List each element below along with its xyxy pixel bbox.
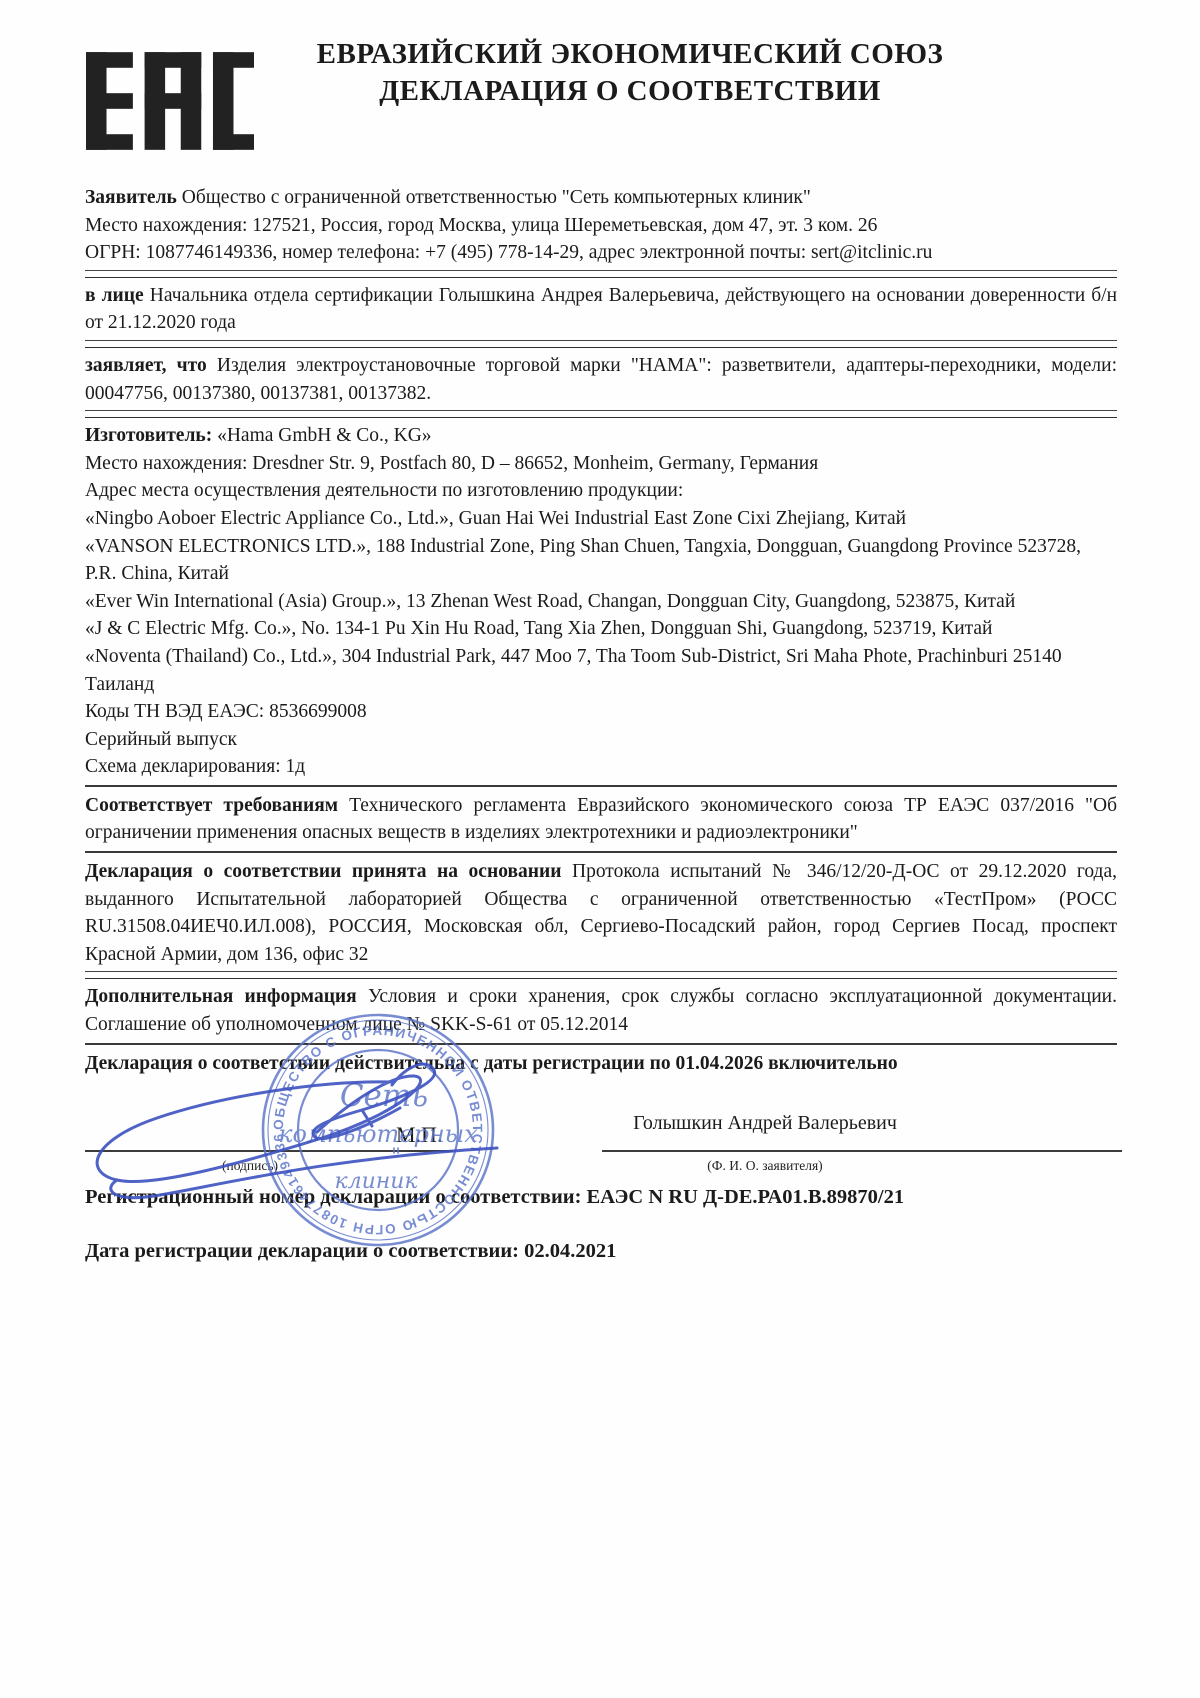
document-body: Заявитель Общество с ограниченной ответс…	[85, 184, 1117, 1077]
applicant-section: Заявитель Общество с ограниченной ответс…	[85, 184, 1117, 267]
manufacturer-address: Место нахождения: Dresdner Str. 9, Postf…	[85, 450, 1117, 478]
applicant-name: Общество с ограниченной ответственностью…	[182, 187, 811, 208]
representative-text: Начальника отдела сертификации Голышкина…	[85, 285, 1117, 334]
declaration-scheme: Схема декларирования: 1д	[85, 753, 1117, 781]
compliance-section: Соответствует требованиям Технического р…	[85, 792, 1117, 847]
section-divider	[85, 785, 1117, 787]
manufacturer-name: «Hama GmbH & Co., KG»	[217, 425, 431, 446]
tnved-codes: Коды ТН ВЭД ЕАЭС: 8536699008	[85, 698, 1117, 726]
section-divider	[85, 270, 1117, 278]
compliance-line: Соответствует требованиям Технического р…	[85, 792, 1117, 847]
section-divider	[85, 971, 1117, 979]
representative-line: в лице Начальника отдела сертификации Го…	[85, 282, 1117, 337]
applicant-label: Заявитель	[85, 187, 177, 208]
document-title: ЕВРАЗИЙСКИЙ ЭКОНОМИЧЕСКИЙ СОЮЗ ДЕКЛАРАЦИ…	[170, 36, 1090, 110]
manufacturer-section: Изготовитель: «Hama GmbH & Co., KG» Мест…	[85, 422, 1117, 781]
title-line-1: ЕВРАЗИЙСКИЙ ЭКОНОМИЧЕСКИЙ СОЮЗ	[170, 36, 1090, 73]
basis-line: Декларация о соответствии принята на осн…	[85, 858, 1117, 968]
compliance-label: Соответствует требованиям	[85, 795, 338, 816]
fio-caption: (Ф. И. О. заявителя)	[600, 1158, 930, 1174]
basis-section: Декларация о соответствии принята на осн…	[85, 858, 1117, 968]
applicant-line: Заявитель Общество с ограниченной ответс…	[85, 184, 1117, 212]
representative-label: в лице	[85, 285, 144, 306]
manufacturer-line: Изготовитель: «Hama GmbH & Co., KG»	[85, 422, 1117, 450]
production-site: «VANSON ELECTRONICS LTD.», 188 Industria…	[85, 533, 1117, 588]
additional-info-label: Дополнительная информация	[85, 986, 357, 1007]
declaration-document: ЕВРАЗИЙСКИЙ ЭКОНОМИЧЕСКИЙ СОЮЗ ДЕКЛАРАЦИ…	[0, 0, 1200, 1698]
representative-section: в лице Начальника отдела сертификации Го…	[85, 282, 1117, 337]
applicant-ogrn: ОГРН: 1087746149336, номер телефона: +7 …	[85, 239, 1117, 267]
section-divider	[85, 851, 1117, 853]
signature-ink-svg	[62, 1030, 532, 1215]
handwritten-signature	[62, 1030, 532, 1215]
applicant-address: Место нахождения: 127521, Россия, город …	[85, 212, 1117, 240]
statement-text: Изделия электроустановочные торговой мар…	[85, 355, 1117, 404]
statement-section: заявляет, что Изделия электроустановочны…	[85, 352, 1117, 407]
applicant-fio: Голышкин Андрей Валерьевич	[600, 1112, 930, 1135]
section-divider	[85, 410, 1117, 418]
fio-line	[602, 1150, 1122, 1152]
production-sites-label: Адрес места осуществления деятельности п…	[85, 477, 1117, 505]
production-site: «Ever Win International (Asia) Group.», …	[85, 588, 1117, 616]
title-line-2: ДЕКЛАРАЦИЯ О СООТВЕТСТВИИ	[170, 73, 1090, 110]
section-divider	[85, 340, 1117, 348]
serial-production: Серийный выпуск	[85, 726, 1117, 754]
statement-label: заявляет, что	[85, 355, 207, 376]
production-site: «J & C Electric Mfg. Co.», No. 134-1 Pu …	[85, 615, 1117, 643]
manufacturer-label: Изготовитель:	[85, 425, 212, 446]
production-site: «Noventa (Thailand) Co., Ltd.», 304 Indu…	[85, 643, 1117, 698]
statement-line: заявляет, что Изделия электроустановочны…	[85, 352, 1117, 407]
basis-label: Декларация о соответствии принята на осн…	[85, 861, 561, 882]
production-site: «Ningbo Aoboer Electric Appliance Co., L…	[85, 505, 1117, 533]
